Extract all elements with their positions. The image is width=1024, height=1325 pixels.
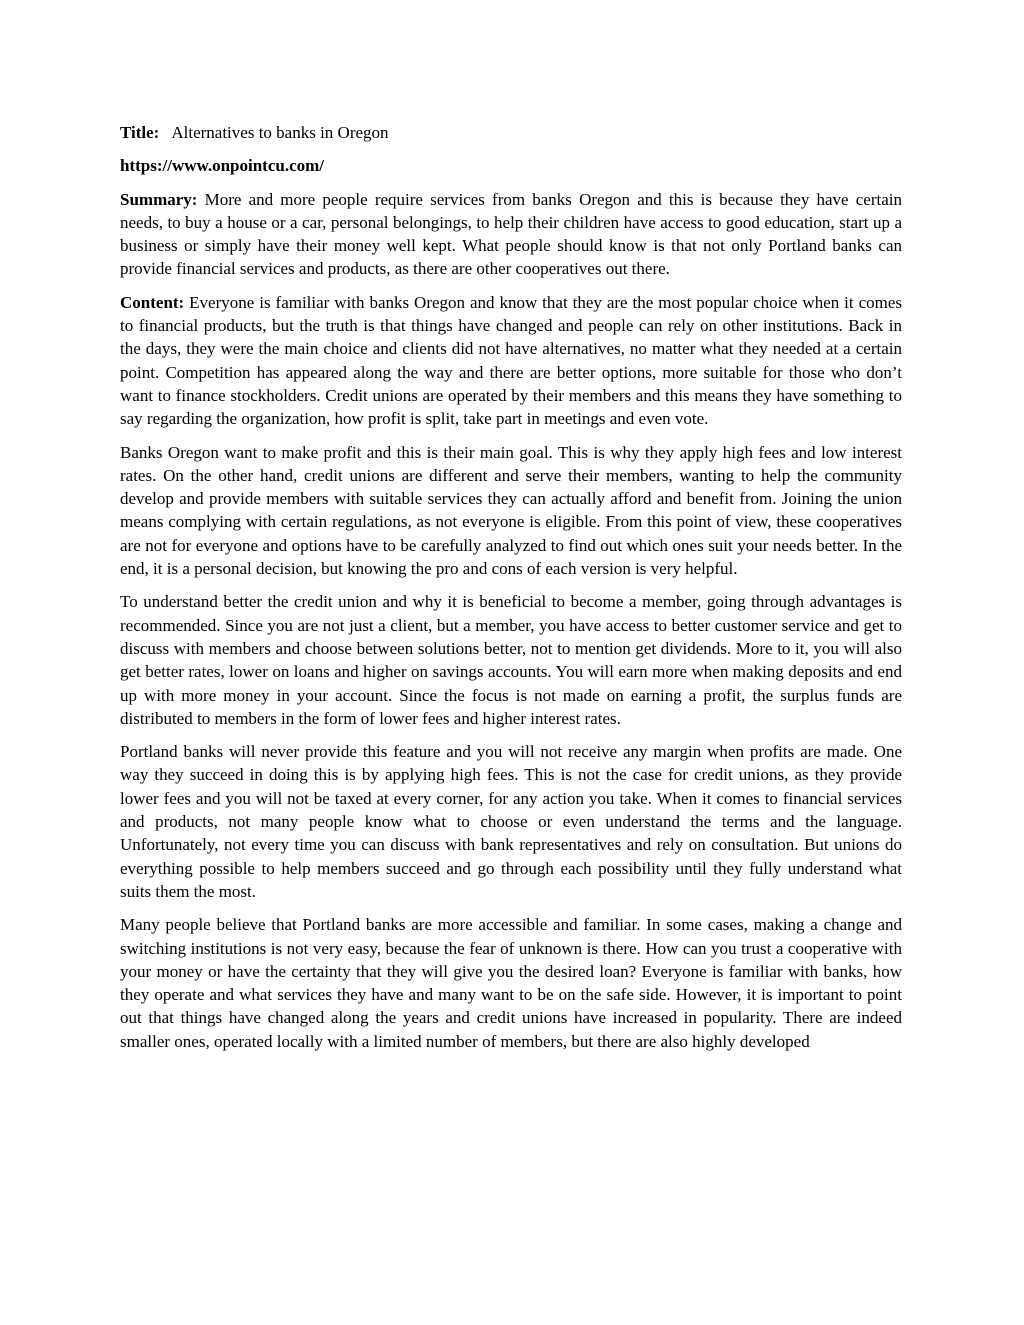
content-paragraph: Content: Everyone is familiar with banks… — [120, 291, 902, 431]
content-label: Content: — [120, 293, 189, 312]
content-text: Everyone is familiar with banks Oregon a… — [120, 293, 902, 428]
url-text: https://www.onpointcu.com/ — [120, 156, 324, 175]
summary-text: More and more people require services fr… — [120, 190, 902, 279]
title-text: Alternatives to banks in Oregon — [171, 123, 388, 142]
body-paragraph: To understand better the credit union an… — [120, 590, 902, 730]
summary-paragraph: Summary: More and more people require se… — [120, 188, 902, 281]
title-label: Title: — [120, 123, 159, 142]
url-line: https://www.onpointcu.com/ — [120, 154, 902, 177]
document-page: Title:Alternatives to banks in Oregon ht… — [0, 0, 1024, 1325]
body-paragraph: Portland banks will never provide this f… — [120, 740, 902, 903]
body-paragraph: Banks Oregon want to make profit and thi… — [120, 441, 902, 581]
body-paragraph: Many people believe that Portland banks … — [120, 913, 902, 1053]
summary-label: Summary: — [120, 190, 205, 209]
title-line: Title:Alternatives to banks in Oregon — [120, 121, 902, 144]
